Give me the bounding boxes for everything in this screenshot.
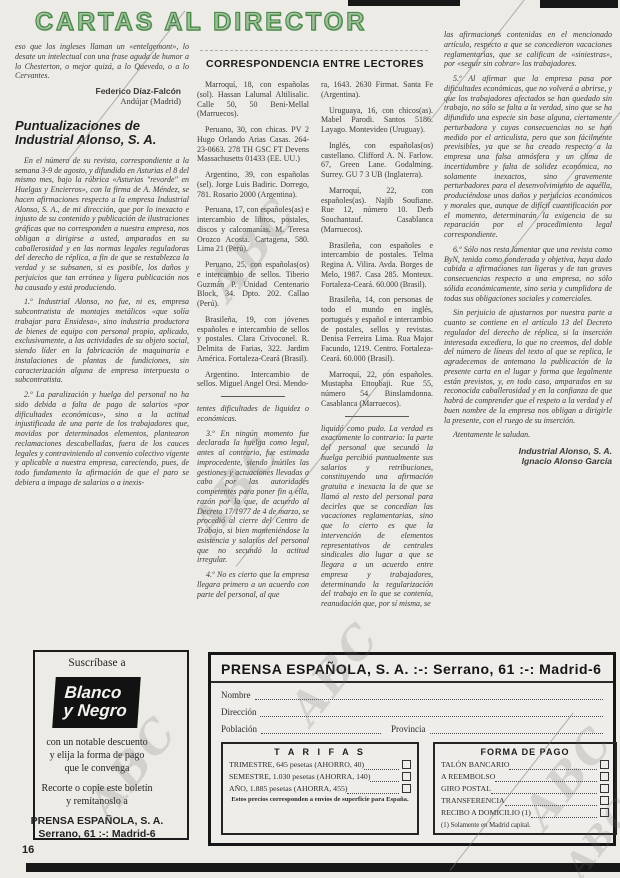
pago-note: (1) Solamente en Madrid capital. <box>441 822 609 829</box>
top-edge-mark <box>348 0 460 6</box>
signature-name: Ignacio Alonso García <box>444 456 612 466</box>
field-label-poblacion: Población <box>221 724 257 734</box>
reader-entry: Brasileña, 19, con jóvenes españoles e i… <box>197 315 309 364</box>
checkbox[interactable] <box>402 784 411 793</box>
reader-entry: Argentino, 39, con españolas (sel). Jorg… <box>197 170 309 199</box>
logo-line-2: y Negro <box>63 702 128 720</box>
subscribe-ad: Suscríbase a Blanco y Negro con un notab… <box>6 656 188 842</box>
tarifas-box: T A R I F A S TRIMESTRE, 645 pesetas (AH… <box>221 742 419 835</box>
correspondencia-title: CORRESPONDENCIA ENTRE LECTORES <box>196 58 434 70</box>
letter-paragraph: En el número de su revista, correspondie… <box>15 156 189 293</box>
letter-paragraph: Sin perjuicio de ajustarnos por nuestra … <box>444 308 612 425</box>
ad-address: Serrano, 61 :-: Madrid-6 <box>6 828 188 842</box>
ad-text: y elija la forma de pago <box>6 749 188 762</box>
scanned-newspaper-page: { "page": { "header": "CARTAS AL DIRECTO… <box>0 0 620 878</box>
checkbox[interactable] <box>402 772 411 781</box>
ad-text: y remítanoslo a <box>6 795 188 808</box>
reader-entry: Inglés, con españolas(os) castellano. Cl… <box>321 141 433 180</box>
coupon-title: PRENSA ESPAÑOLA, S. A. :-: Serrano, 61 :… <box>211 655 613 683</box>
letter-paragraph: 5.º Al afirmar que la empresa pasa por d… <box>444 74 612 240</box>
letter-ending-paragraph: eso que los ingleses llaman un «entelgem… <box>15 42 189 81</box>
bottom-edge-mark <box>26 863 620 872</box>
reader-entry: Peruana, 17, con españoles(as) e interca… <box>197 205 309 254</box>
forma-de-pago-box: FORMA DE PAGO TALÓN BANCARIO A REEMBOLSO… <box>433 742 617 835</box>
direccion-input-line[interactable] <box>260 708 603 717</box>
letter-heading: Puntualizaciones de Industrial Alonso, S… <box>15 119 189 148</box>
reader-entry: Marroquí, 18, con españolas (sol). Hassa… <box>197 80 309 119</box>
signature-name: Federico Díaz-Falcón <box>15 86 181 96</box>
page-number: 16 <box>22 844 34 856</box>
letter-paragraph: 2.º La paralización y huelga del persona… <box>15 390 189 488</box>
reader-entry: Marroquí, 22, con españoles(as). Najib S… <box>321 186 433 235</box>
letter-continuation: 3.º En ningún momento fue declarada la h… <box>197 429 309 566</box>
field-label-direccion: Dirección <box>221 707 256 717</box>
signature-company: Industrial Alonso, S. A. <box>444 446 612 456</box>
nombre-input-line[interactable] <box>255 691 604 700</box>
forma-de-pago-title: FORMA DE PAGO <box>441 747 609 757</box>
checkbox[interactable] <box>600 760 609 769</box>
checkbox[interactable] <box>600 772 609 781</box>
top-edge-mark <box>540 0 618 8</box>
reader-entry: Brasileña, 14, con personas de todo el m… <box>321 295 433 363</box>
checkbox[interactable] <box>600 784 609 793</box>
letter-paragraph: 1.º Industrial Alonso, no fue, ni es, em… <box>15 297 189 385</box>
letter-paragraph: las afirmaciones contenidas en el mencio… <box>444 30 612 69</box>
reader-entry: Marroquí, 22, con españoles. Mustapha Et… <box>321 370 433 409</box>
letter-paragraph: 6.º Sólo nos resta lamentar que una revi… <box>444 245 612 304</box>
letter-signature: Federico Díaz-Falcón Andújar (Madrid) <box>15 86 189 107</box>
section-masthead: CARTAS AL DIRECTOR <box>35 8 367 37</box>
letter-signature: Industrial Alonso, S. A. Ignacio Alonso … <box>444 446 612 467</box>
reader-entry: Argentino. Intercambio de sellos. Miguel… <box>197 370 309 390</box>
pago-option-reembolso[interactable]: A REEMBOLSO <box>441 772 609 782</box>
pago-option-transferencia[interactable]: TRANSFERENCIA <box>441 796 609 806</box>
provincia-input-line[interactable] <box>430 725 604 734</box>
logo-line-1: Blanco <box>64 684 129 702</box>
pago-option-talon[interactable]: TALÓN BANCARIO <box>441 760 609 770</box>
tarifa-option-trimestre[interactable]: TRIMESTRE, 645 pesetas (AHORRO, 40) <box>229 760 411 770</box>
correspondencia-column-right: ra, 1643. 2630 Firmat. Santa Fe (Argenti… <box>321 80 433 642</box>
signature-place: Andújar (Madrid) <box>15 96 181 106</box>
field-label-nombre: Nombre <box>221 690 251 700</box>
reader-entry: ra, 1643. 2630 Firmat. Santa Fe (Argenti… <box>321 80 433 100</box>
poblacion-input-line[interactable] <box>261 725 381 734</box>
checkbox[interactable] <box>600 808 609 817</box>
tarifas-title: T A R I F A S <box>229 747 411 757</box>
pago-option-giro[interactable]: GIRO POSTAL <box>441 784 609 794</box>
reader-entry: Peruano, 25, con españolas(os) e interca… <box>197 260 309 309</box>
ad-company: PRENSA ESPAÑOLA, S. A. <box>6 815 188 829</box>
letter-continuation: liquidó como pudo. La verdad es exactame… <box>321 424 433 609</box>
tarifa-option-ano[interactable]: AÑO, 1.885 pesetas (AHORRA, 455) <box>229 784 411 794</box>
subscribe-line: Suscríbase a <box>6 656 188 671</box>
section-divider <box>221 396 286 397</box>
letter-continuation: 4.º No es cierto que la empresa llegara … <box>197 570 309 599</box>
letter-column-4: las afirmaciones contenidas en el mencio… <box>444 30 612 467</box>
ad-text: Recorte o copie este boletín <box>6 782 188 795</box>
letter-continuation: tentes dificultades de liquidez o económ… <box>197 404 309 424</box>
subscription-coupon: PRENSA ESPAÑOLA, S. A. :-: Serrano, 61 :… <box>208 652 616 846</box>
reader-entry: Uruguaya, 16, con chicos(as). Mabel Paro… <box>321 106 433 135</box>
ad-text: que le convenga <box>6 762 188 775</box>
reader-entry: Peruano, 30, con chicas. PV 2 Hugo Orlan… <box>197 125 309 164</box>
tarifa-option-semestre[interactable]: SEMESTRE, 1.030 pesetas (AHORRA, 140) <box>229 772 411 782</box>
blanco-y-negro-logo: Blanco y Negro <box>53 677 142 728</box>
letter-closing: Atentamente le saludan. <box>444 430 612 440</box>
checkbox[interactable] <box>600 796 609 805</box>
reader-entry: Brasileña, con españoles e intercambio d… <box>321 241 433 290</box>
pago-option-recibo[interactable]: RECIBO A DOMICILIO (1) <box>441 808 609 818</box>
dashed-rule <box>200 50 428 51</box>
ad-text: con un notable descuento <box>6 736 188 749</box>
correspondencia-column-left: Marroquí, 18, con españolas (sol). Hassa… <box>197 80 309 642</box>
section-divider <box>345 416 410 417</box>
field-label-provincia: Provincia <box>391 724 426 734</box>
checkbox[interactable] <box>402 760 411 769</box>
tarifas-note: Estos precios corresponden a envíos de s… <box>229 796 411 803</box>
letter-column-1: eso que los ingleses llaman un «entelgem… <box>15 42 189 644</box>
